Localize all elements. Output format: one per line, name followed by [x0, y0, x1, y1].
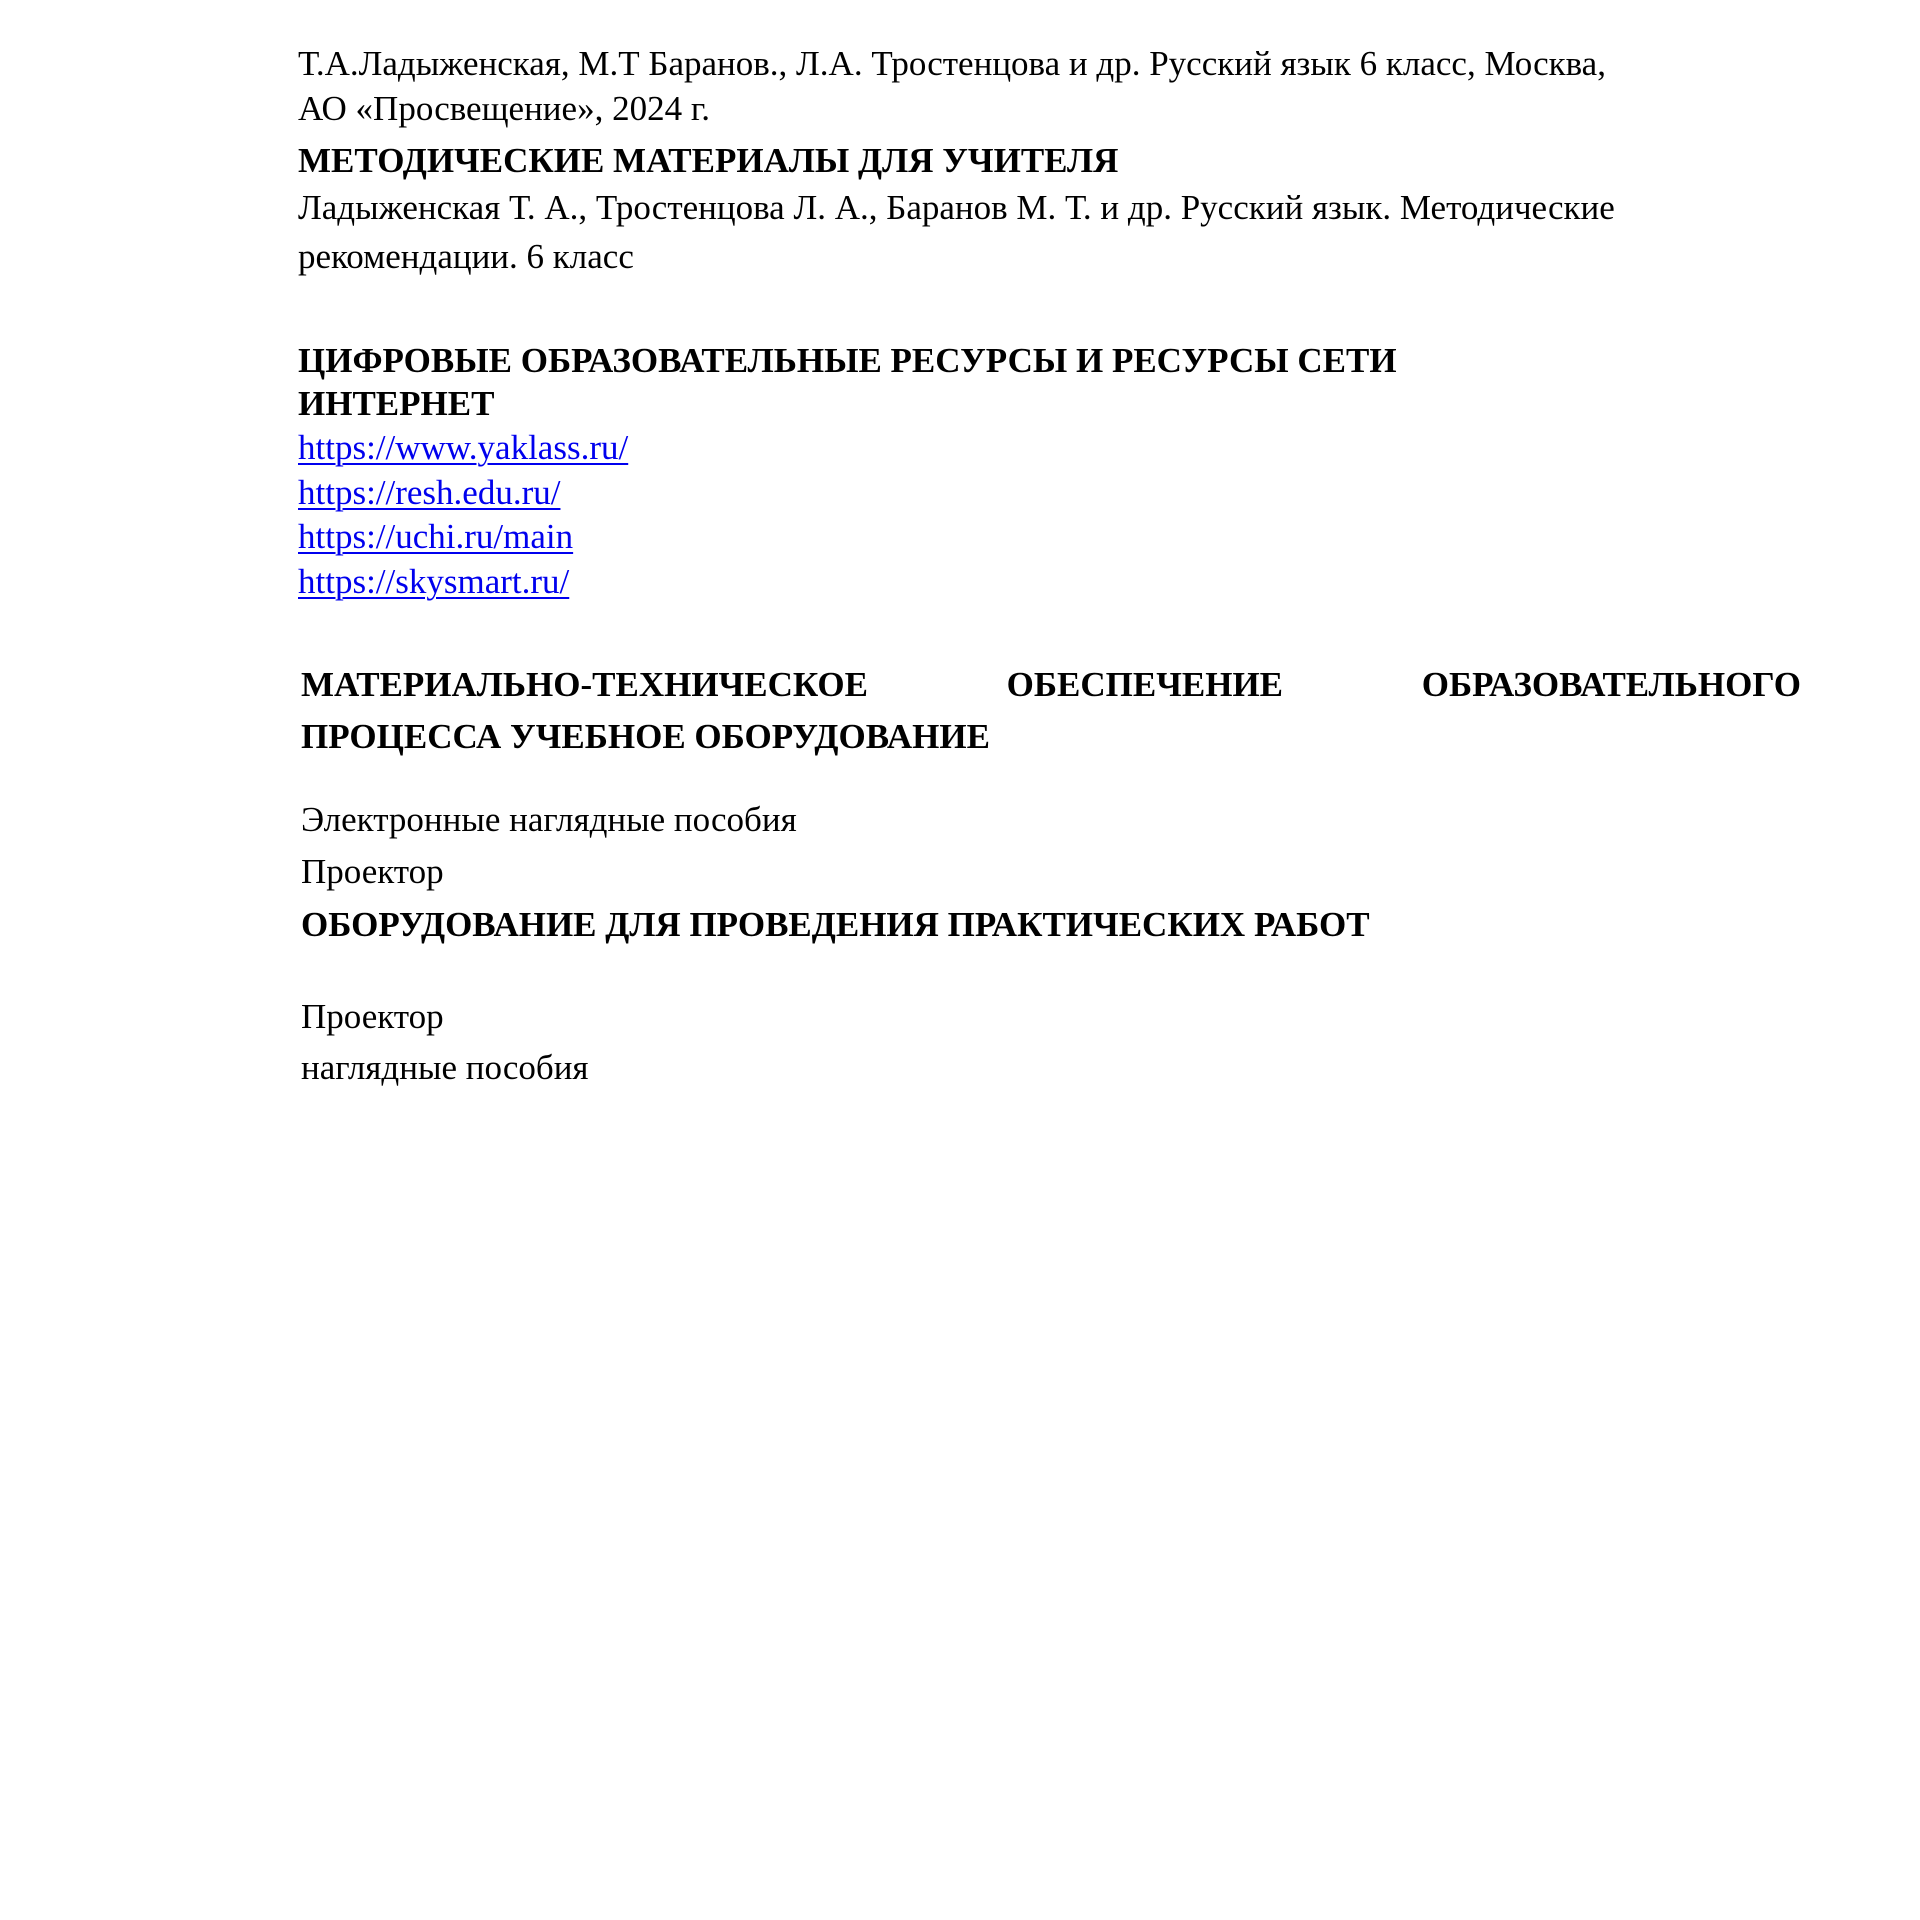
- link-uchi[interactable]: https://uchi.ru/main: [298, 519, 573, 554]
- methodical-materials-heading: МЕТОДИЧЕСКИЕ МАТЕРИАЛЫ ДЛЯ УЧИТЕЛЯ: [298, 143, 1118, 178]
- heading-word: МАТЕРИАЛЬНО-ТЕХНИЧЕСКОЕ: [301, 667, 868, 702]
- methodical-citation-line-1: Ладыженская Т. А., Тростенцова Л. А., Ба…: [298, 190, 1615, 225]
- material-support-heading-line-2: ПРОЦЕССА УЧЕБНОЕ ОБОРУДОВАНИЕ: [301, 719, 990, 754]
- equipment-item: Проектор: [301, 854, 444, 889]
- link-resh[interactable]: https://resh.edu.ru/: [298, 475, 560, 510]
- heading-word: ОБЕСПЕЧЕНИЕ: [1007, 667, 1283, 702]
- equipment-item: Электронные наглядные пособия: [301, 802, 797, 837]
- digital-resources-heading-line-2: ИНТЕРНЕТ: [298, 386, 494, 421]
- link-skysmart[interactable]: https://skysmart.ru/: [298, 564, 569, 599]
- material-support-heading-line-1: МАТЕРИАЛЬНО-ТЕХНИЧЕСКОЕ ОБЕСПЕЧЕНИЕ ОБРА…: [301, 667, 1801, 702]
- heading-word: ОБРАЗОВАТЕЛЬНОГО: [1422, 667, 1801, 702]
- textbook-citation-line-1: Т.А.Ладыженская, М.Т Баранов., Л.А. Трос…: [298, 46, 1606, 81]
- methodical-citation-line-2: рекомендации. 6 класс: [298, 239, 634, 274]
- link-yaklass[interactable]: https://www.yaklass.ru/: [298, 430, 628, 465]
- digital-resources-heading-line-1: ЦИФРОВЫЕ ОБРАЗОВАТЕЛЬНЫЕ РЕСУРСЫ И РЕСУР…: [298, 343, 1397, 378]
- textbook-citation-line-2: АО «Просвещение», 2024 г.: [298, 91, 710, 126]
- practical-equipment-heading: ОБОРУДОВАНИЕ ДЛЯ ПРОВЕДЕНИЯ ПРАКТИЧЕСКИХ…: [301, 907, 1370, 942]
- practical-item: Проектор: [301, 999, 444, 1034]
- practical-item: наглядные пособия: [301, 1050, 589, 1085]
